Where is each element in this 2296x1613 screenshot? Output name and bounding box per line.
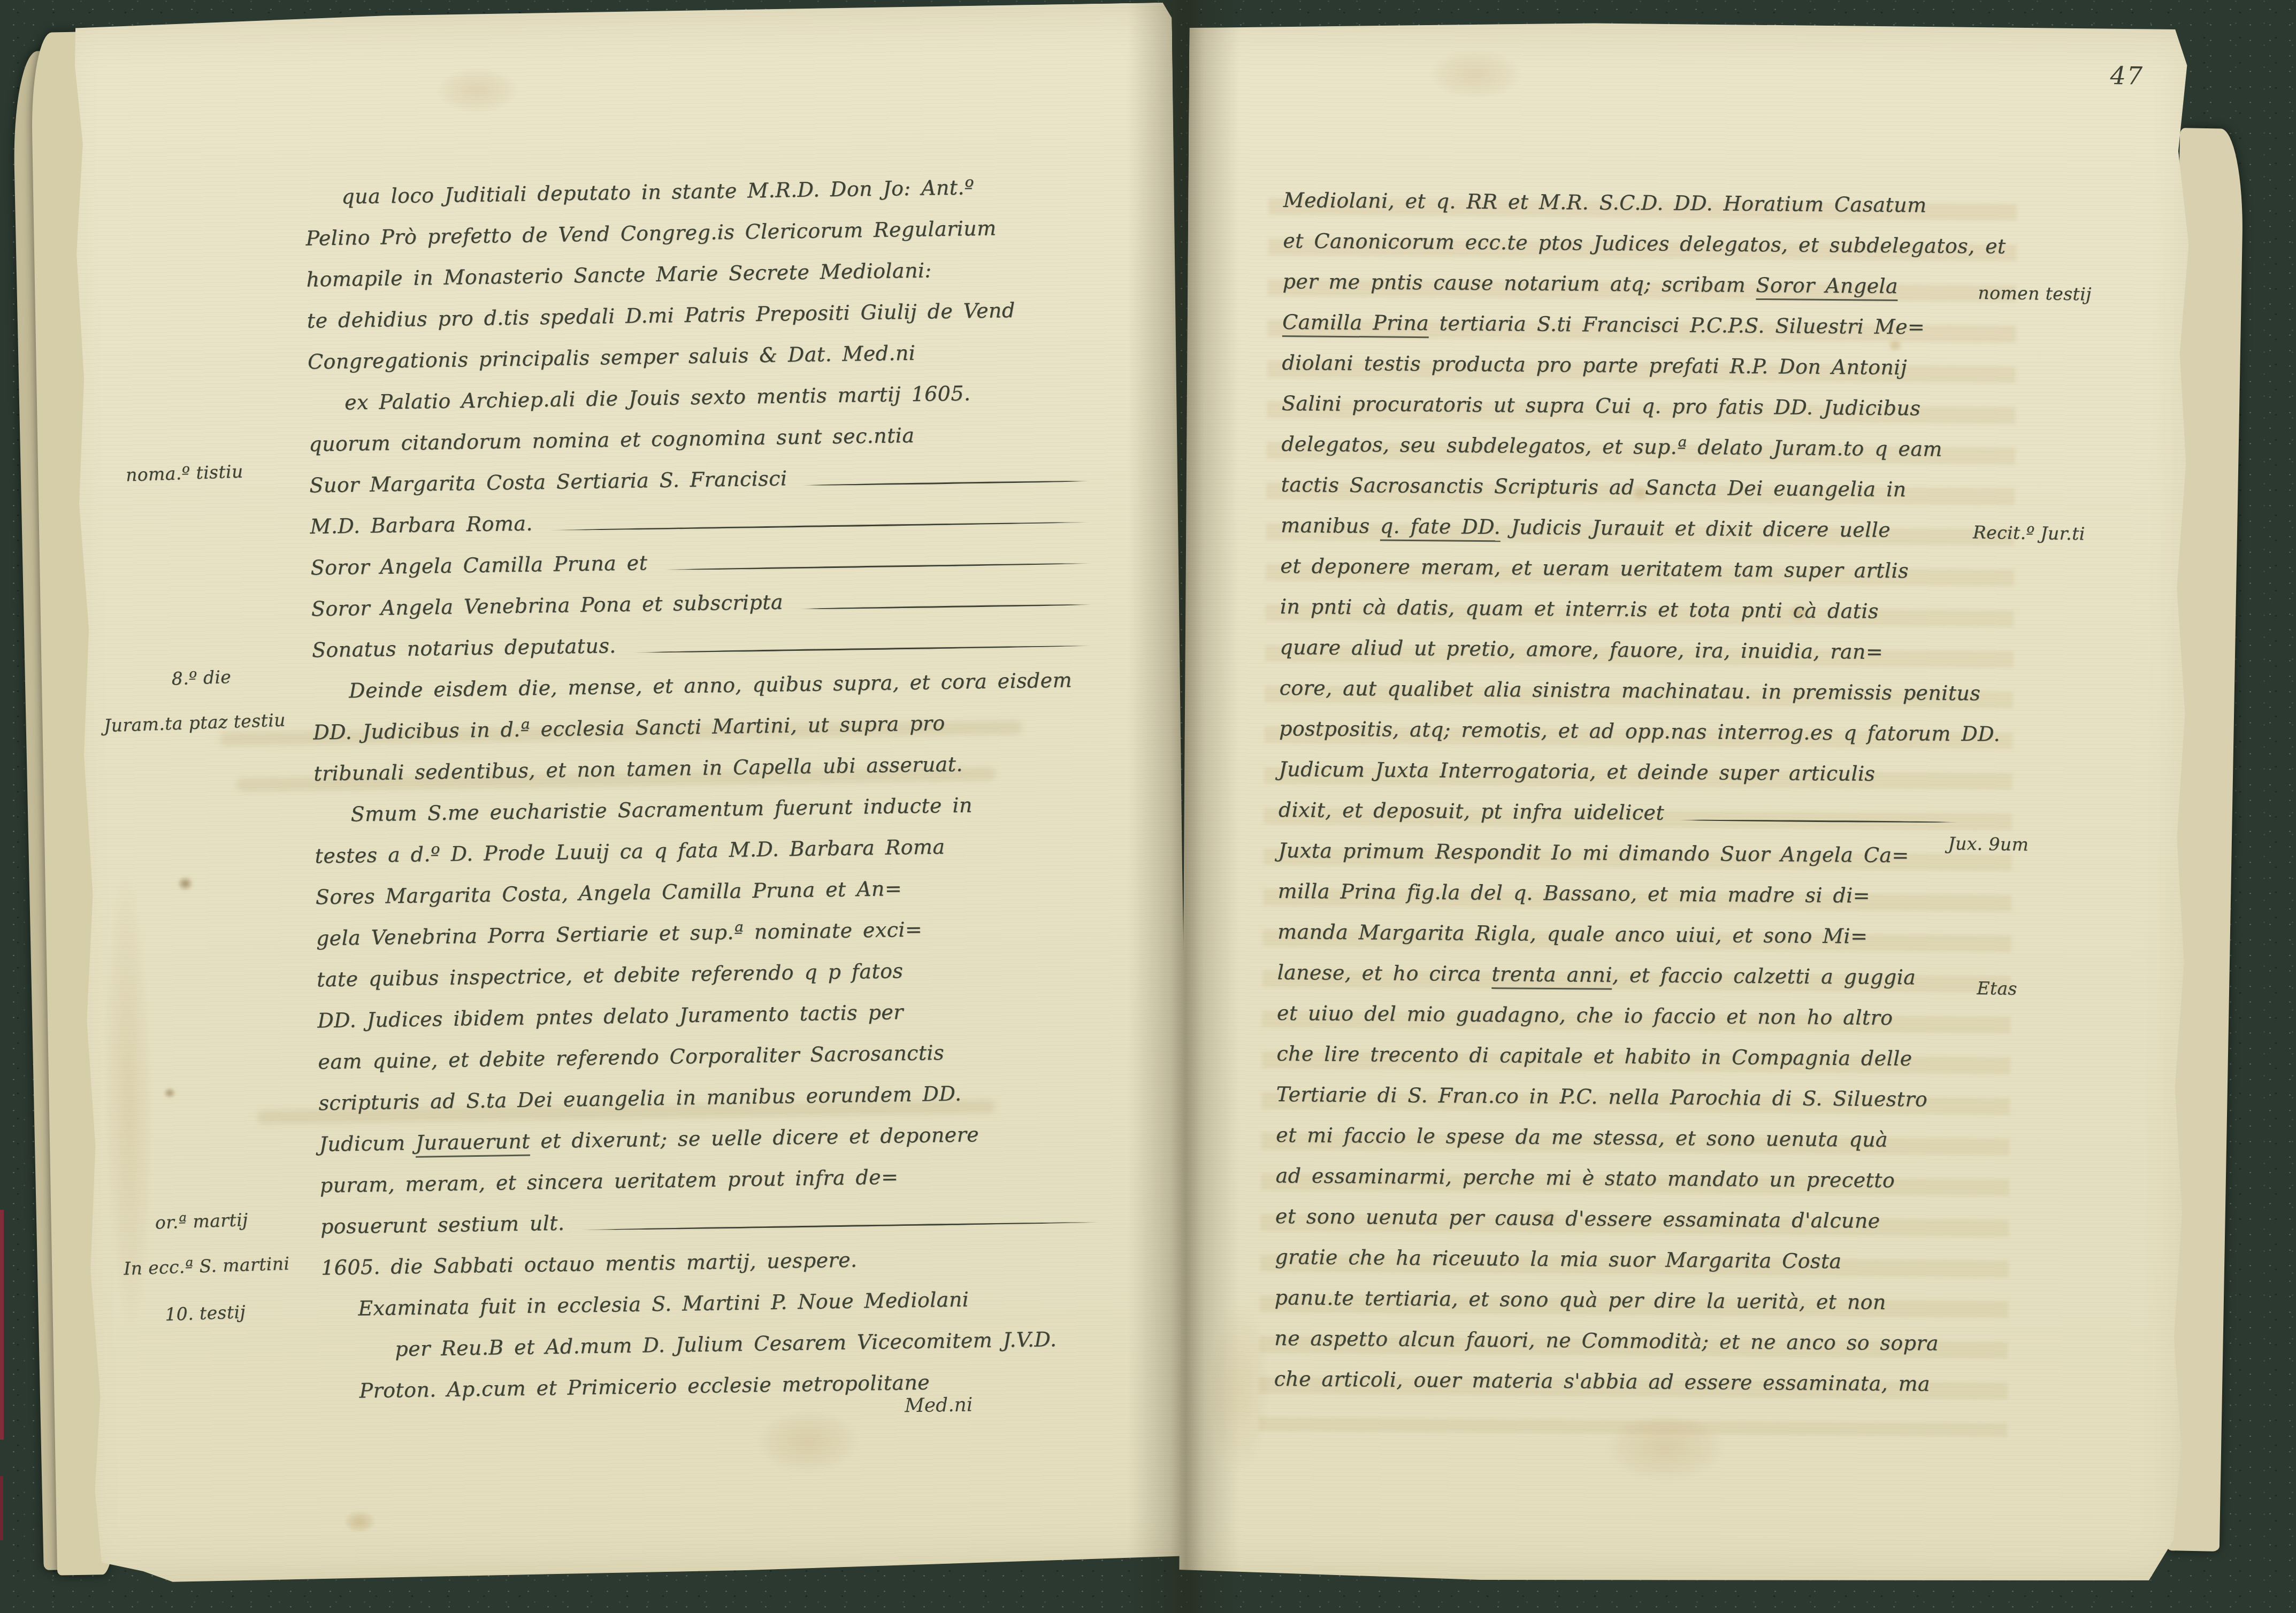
manuscript-line: et sono uenuta per causa d'essere essami…: [1275, 1196, 1977, 1242]
margin-note-nomen-testis: nomen testij: [1978, 282, 2092, 305]
manuscript-line: gratie che ha riceuuto la mia suor Marga…: [1275, 1236, 1976, 1282]
manuscript-line: Mediolani, et q. RR et M.R. S.C.D. DD. H…: [1283, 180, 1985, 226]
manuscript-line: milla Prina fig.la del q. Bassano, et mi…: [1277, 871, 1979, 917]
manuscript-line: Juxta primum Respondit Io mi dimando Suo…: [1278, 830, 1979, 876]
hand-drawn-rule: [798, 604, 1092, 610]
manuscript-line: quare aliud ut pretio, amore, fauore, ir…: [1280, 627, 1981, 673]
manuscript-line: lanese, et ho circa trenta anni, et facc…: [1277, 952, 1978, 998]
catchword: Med.ni: [905, 1394, 973, 1417]
manuscript-line: Tertiarie di S. Fran.co in P.C. nella Pa…: [1276, 1074, 1977, 1120]
manuscript-photo: noma.º tistiu 8.º die Juram.ta ptaz test…: [0, 0, 2296, 1613]
manuscript-line: manibus q. fate DD. Judicis Jurauit et d…: [1281, 505, 1982, 551]
manuscript-line: core, aut qualibet alia sinistra machina…: [1279, 667, 1980, 713]
manuscript-line: delegatos, seu subdelegatos, et sup.ª de…: [1281, 424, 1983, 470]
manuscript-line: ne aspetto alcun fauori, ne Commodità; e…: [1274, 1318, 1976, 1364]
left-edge-red-marker: [0, 1210, 4, 1440]
stain: [424, 60, 532, 120]
manuscript-line: et Canonicorum ecc.te ptos Judices deleg…: [1283, 220, 1984, 266]
hand-drawn-rule: [1679, 819, 1958, 823]
manuscript-line: per me pntis cause notarium atq; scribam…: [1282, 261, 1984, 307]
margin-note-iuramenta-testium: Juram.ta ptaz testiu: [103, 709, 286, 736]
manuscript-line: ad essaminarmi, perche mi è stato mandat…: [1275, 1155, 1977, 1201]
manuscript-line: tactis Sacrosanctis Scripturis ad Sancta…: [1281, 464, 1982, 510]
right-page-text-block: Mediolani, et q. RR et M.R. S.C.D. DD. H…: [1274, 180, 1984, 1404]
stain: [338, 1507, 381, 1537]
margin-note-etas: Etas: [1977, 978, 2017, 999]
left-edge-red-marker: [0, 1476, 3, 1540]
manuscript-line: dixit, et deposuit, pt infra uidelicet: [1279, 789, 1980, 835]
manuscript-line: postpositis, atq; remotis, et ad opp.nas…: [1279, 708, 1980, 754]
hand-drawn-rule: [548, 521, 1091, 531]
hand-drawn-rule: [802, 480, 1090, 486]
manuscript-line: diolani testis producta pro parte prefat…: [1282, 342, 1983, 388]
margin-note-nomina-testium: noma.º tistiu: [125, 461, 243, 486]
manuscript-line: che articoli, ouer materia s'abbia ad es…: [1274, 1358, 1975, 1404]
left-page-text-block: qua loco Juditiali deputato in stante M.…: [305, 165, 1126, 1412]
hand-drawn-rule: [662, 563, 1091, 571]
margin-note-dies: 8.º die: [171, 666, 232, 689]
stain: [1199, 1276, 1281, 1501]
margin-note-hora: 10. testij: [165, 1301, 246, 1325]
margin-note-relatio-iuramenti: Recit.º Jur.ti: [1973, 522, 2085, 544]
stain: [738, 1397, 878, 1485]
stain: [92, 793, 165, 1409]
manuscript-line: Camilla Prina tertiaria S.ti Francisci P…: [1282, 302, 1984, 348]
manuscript-line: manda Margarita Rigla, quale anco uiui, …: [1277, 911, 1979, 957]
manuscript-line: et deponere meram, et ueram ueritatem ta…: [1280, 546, 1981, 592]
margin-note-octava-martii: or.ª martij: [155, 1209, 248, 1233]
stain: [173, 873, 197, 895]
stain: [160, 1085, 179, 1101]
manuscript-line: panu.te tertiaria, et sono quà per dire …: [1274, 1277, 1976, 1323]
manuscript-line: Judicum Juxta Interrogatoria, et deinde …: [1279, 749, 1980, 795]
margin-note-ecclesia: In ecc.ª S. martini: [123, 1253, 289, 1279]
hand-drawn-rule: [579, 1222, 1101, 1231]
manuscript-line: et mi faccio le spese da me stessa, et s…: [1276, 1115, 1977, 1161]
manuscript-line: Salini procuratoris ut supra Cui q. pro …: [1282, 383, 1983, 429]
left-page: noma.º tistiu 8.º die Juram.ta ptaz test…: [48, 3, 1195, 1585]
page-number: 47: [2110, 61, 2144, 90]
right-page: 47 nomen testij Recit.º Jur.ti Jux. 9um …: [1177, 19, 2202, 1587]
manuscript-line: che lire trecento di capitale et habito …: [1276, 1033, 1978, 1079]
manuscript-line: et uiuo del mio guadagno, che io faccio …: [1277, 993, 1978, 1039]
stain: [1585, 1402, 1746, 1494]
manuscript-line: in pnti cà datis, quam et interr.is et t…: [1280, 586, 1981, 632]
stain: [1413, 42, 1537, 107]
hand-drawn-rule: [631, 645, 1093, 654]
